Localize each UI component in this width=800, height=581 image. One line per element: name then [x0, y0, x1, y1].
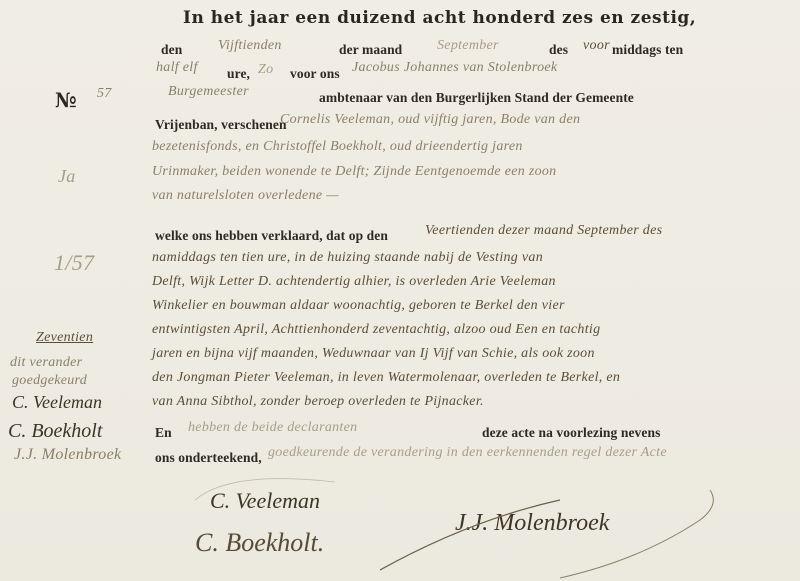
- civil-record-page: In het jaar een duizend acht honderd zes…: [0, 0, 800, 581]
- signature-flourish-icon: [0, 0, 800, 581]
